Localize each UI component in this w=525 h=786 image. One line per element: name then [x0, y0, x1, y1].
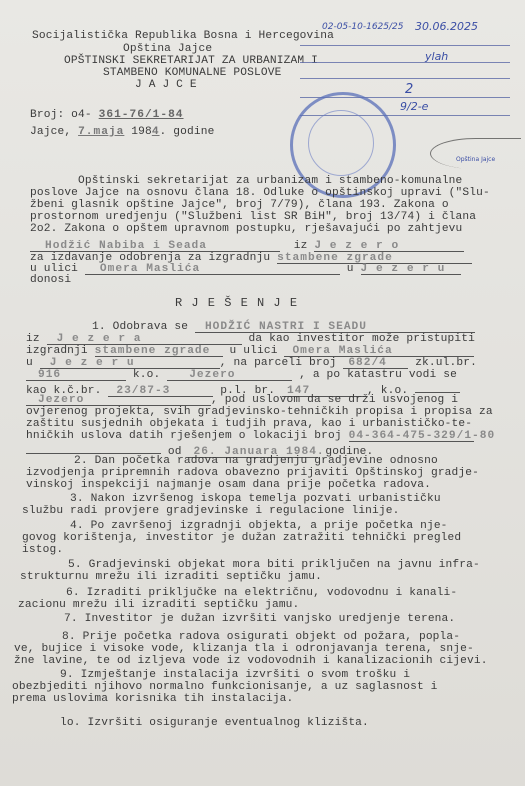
condition-line: službu radi provjere gradjevinske i regu… [22, 505, 400, 518]
place-label: Jajce, [30, 126, 71, 138]
year-suffix: 4 [152, 126, 160, 138]
investor-name: HODŽIĆ NASTRI I SEADU [205, 321, 367, 333]
receipt-note: 9/2-e [400, 100, 428, 113]
parcela-value: 682/4 [348, 357, 387, 369]
reference-number: Broj: o4- 361-76/1-84 [30, 109, 184, 122]
point1-text-a: da kao investitor može pristupiti [248, 333, 475, 345]
receipt-count: 2 [405, 82, 413, 97]
applicant-place: J e z e r o [314, 240, 399, 252]
parcela-label: , na parceli broj [220, 357, 337, 369]
receipt-signature: ylah [425, 50, 448, 63]
condition-line: strukturnu mrežu ili izraditi septičku j… [20, 571, 322, 584]
year-prefix: 198 [131, 126, 152, 138]
condition-line: zacionu mrežu ili izraditi septičku jamu… [18, 599, 299, 612]
izgradnji-label: izgradnji [26, 345, 88, 357]
condition-line: žne lavine, te od izljeva vode iz vodovo… [14, 655, 488, 668]
applicant-name: Hodžić Nabiba i Seada [45, 240, 207, 252]
ko2-value: Jezero [38, 394, 84, 406]
reference-date: Jajce, 7.maja 1984. godine [30, 126, 214, 139]
condition-line: govog korištenja, investitor je dužan za… [22, 532, 461, 545]
u-label: u [347, 263, 354, 275]
condition-line: lo. Izvršiti osiguranje eventualnog kliz… [12, 717, 369, 730]
izgradnji-value: stambene zgrade [95, 345, 211, 357]
header-city: J A J C E [135, 79, 197, 92]
condition-line: vinskoj inspekciji najmanje osam dana pr… [26, 479, 431, 492]
header-republic: Socijalistička Republika Bosna i Hercego… [32, 30, 334, 43]
broj-label: Broj: o4- [30, 109, 92, 121]
round-stamp-inner [308, 110, 374, 176]
receipt-date: 30.06.2025 [415, 20, 478, 33]
street-place: J e z e r u [361, 263, 446, 275]
zk-label: zk.ul.br. [415, 357, 477, 369]
date-value: 7.maja [78, 126, 124, 138]
intro-line: 2o2. Zakona o opštem upravnom postupku, … [30, 223, 462, 236]
investor-place: J e z e r a [57, 333, 142, 345]
zk-value: 916 [38, 369, 61, 381]
ko-label: k.o. [133, 369, 160, 381]
ulici-label: u ulici [230, 345, 278, 357]
u-label-2: u [26, 357, 33, 369]
street-value: Omera Maslića [100, 263, 200, 275]
condition-line: 7. Investitor je dužan izvršiti vanjsko … [16, 613, 455, 626]
cond-line-0: , pod uslovom da se drži usvojenog i [211, 394, 458, 406]
broj-value: 361-76/1-84 [99, 109, 184, 121]
katastar-label: , a po katastru vodi se [299, 369, 457, 381]
year-word: . godine [160, 126, 215, 138]
lokacija-broj: 04-364-475-329/1-80 [349, 430, 496, 442]
street-line: u ulici Omera Maslića u J e z e r u [30, 263, 461, 276]
iz-label-2: iz [26, 333, 40, 345]
point1-label: 1. Odobrava se [92, 321, 188, 333]
signature [430, 138, 521, 169]
ulici-value: Omera Maslića [292, 345, 392, 357]
document-title: R J E Š E N J E [175, 297, 298, 310]
ko-value: Jezero [189, 369, 235, 381]
donosi: donosi [30, 274, 71, 287]
receipt-number: 02-05-10-1625/25 [322, 22, 404, 32]
u-value: J e z e r u [50, 357, 135, 369]
condition-line: istog. [22, 544, 63, 557]
cond-line-3: hničkih uslova datih rješenjem o lokacij… [26, 430, 342, 442]
condition-line: prema uslovima korisnika tih instalacija… [12, 693, 293, 706]
iz-label: iz [294, 240, 308, 252]
